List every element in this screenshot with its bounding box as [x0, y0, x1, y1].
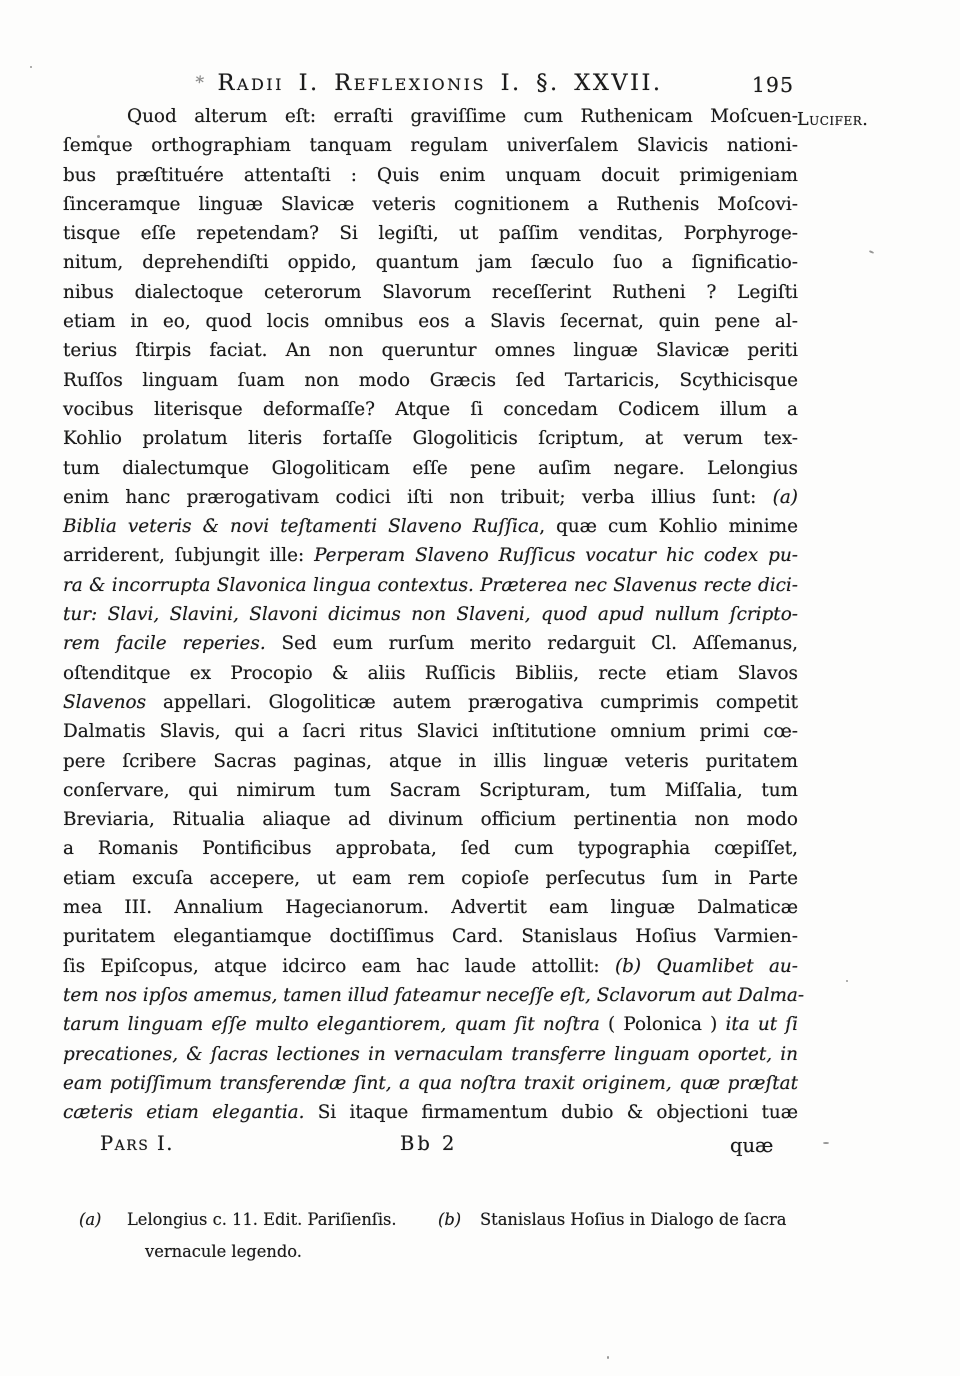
text-segment: a Romanis Pontificibus approbata, ſed cu…	[63, 838, 798, 859]
body-text-block: Quod alterum eſt: erraſti graviſſime cum…	[63, 102, 798, 1127]
text-segment: pere ſcribere Sacras paginas, atque in i…	[63, 751, 798, 772]
footnote-b-label: (b)	[438, 1210, 461, 1229]
text-line: cæteris etiam elegantia. Si itaque firma…	[63, 1098, 798, 1127]
page-number: 195	[752, 73, 794, 97]
italic-text-segment: ita ut ſi	[717, 1014, 798, 1035]
footnotes-block: (a) Lelongius c. 11. Edit. Pariſienſis. …	[63, 1210, 813, 1236]
text-segment: arriderent, ſubjungit ille:	[63, 545, 314, 566]
catchword: quæ	[730, 1134, 773, 1157]
footnote-b-continuation: vernacule legendo.	[145, 1242, 302, 1261]
italic-text-segment: Biblia veteris & novi teſtamenti Slaveno…	[63, 516, 539, 537]
text-segment: enim hanc prærogativam codici iſti non t…	[63, 487, 773, 508]
text-line: precationes, & ſacras lectiones in verna…	[63, 1040, 798, 1069]
footnote-a-text: Lelongius c. 11. Edit. Pariſienſis.	[127, 1210, 397, 1229]
text-line: a Romanis Pontificibus approbata, ſed cu…	[63, 834, 798, 863]
text-line: tarum linguam eſſe multo elegantiorem, q…	[63, 1010, 798, 1039]
text-segment: appellari. Glogoliticæ autem prærogativa…	[146, 692, 798, 713]
text-line: tum dialectumque Glogoliticam eſſe pene …	[63, 454, 798, 483]
text-segment: ( Polonica )	[608, 1014, 717, 1035]
text-segment: conſervare, qui nimirum tum Sacram Scrip…	[63, 780, 798, 801]
text-line: puritatem elegantiamque doctiſſimus Card…	[63, 922, 798, 951]
text-segment: oſtenditque ex Procopio & aliis Ruſſicis…	[63, 663, 798, 684]
text-line: tisque eſſe repetendam? Si legiſti, ut p…	[63, 219, 798, 248]
scan-speck	[97, 135, 100, 138]
text-line: pere ſcribere Sacras paginas, atque in i…	[63, 747, 798, 776]
footnote-line: (a) Lelongius c. 11. Edit. Pariſienſis. …	[63, 1210, 813, 1236]
scan-speck	[869, 250, 874, 254]
text-segment: Sed eum rurſum merito redarguit Cl. Aſſe…	[282, 633, 798, 654]
text-segment: vocibus literisque deformaſſe? Atque ſi …	[63, 399, 798, 420]
text-line: ſemque orthographiam tanquam regulam uni…	[63, 131, 798, 160]
text-line: tem nos ipſos amemus, tamen illud fateam…	[63, 981, 798, 1010]
italic-text-segment: precationes, & ſacras lectiones in verna…	[63, 1044, 798, 1065]
italic-text-segment: eam potiſſimum transferendæ ſint, a qua …	[63, 1073, 798, 1094]
margin-note: Lucifer.	[797, 110, 927, 130]
text-line: eam potiſſimum transferendæ ſint, a qua …	[63, 1069, 798, 1098]
text-line: mea III. Annalium Hagecianorum. Advertit…	[63, 893, 798, 922]
text-segment: nitum, deprehendiſti oppido, quantum jam…	[63, 252, 798, 273]
gathering-signature: Bb 2	[400, 1132, 457, 1155]
italic-text-segment: rem facile reperies.	[63, 633, 282, 654]
italic-text-segment: cæteris etiam elegantia.	[63, 1102, 318, 1123]
text-line: nitum, deprehendiſti oppido, quantum jam…	[63, 248, 798, 277]
text-line: ra & incorrupta Slavonica lingua context…	[63, 571, 798, 600]
part-signature: Pars I.	[100, 1132, 174, 1155]
text-line: tur: Slavi, Slavini, Slavoni dicimus non…	[63, 600, 798, 629]
page-header: * Radii I. Reflexionis I. §. XXVII. 195	[63, 70, 794, 102]
scan-speck	[823, 1142, 829, 1144]
text-line: Dalmatis Slavis, qui a ſacri ritus Slavi…	[63, 717, 798, 746]
text-segment: mea III. Annalium Hagecianorum. Advertit…	[63, 897, 798, 918]
text-segment: terius ſtirpis faciat. An non queruntur …	[63, 340, 798, 361]
scan-speck	[846, 980, 848, 982]
text-segment: ſis Epiſcopus, atque idcirco eam hac lau…	[63, 956, 615, 977]
text-line: Ruſſos linguam ſuam non modo Græcis ſed …	[63, 366, 798, 395]
scan-speck	[607, 1356, 609, 1359]
text-segment: Dalmatis Slavis, qui a ſacri ritus Slavi…	[63, 721, 798, 742]
text-line: conſervare, qui nimirum tum Sacram Scrip…	[63, 776, 798, 805]
text-line: ſinceramque linguæ Slavicæ veteris cogni…	[63, 190, 798, 219]
text-segment: etiam in eo, quod locis omnibus eos a Sl…	[63, 311, 798, 332]
italic-text-segment: tem nos ipſos amemus, tamen illud fateam…	[63, 985, 804, 1006]
footer-line: Pars I. Bb 2 quæ	[63, 1132, 798, 1162]
text-line: arriderent, ſubjungit ille: Perperam Sla…	[63, 541, 798, 570]
text-segment: Breviaria, Ritualia aliaque ad divinum o…	[63, 809, 798, 830]
book-page-scan: * Radii I. Reflexionis I. §. XXVII. 195 …	[0, 0, 960, 1376]
text-segment: puritatem elegantiamque doctiſſimus Card…	[63, 926, 798, 947]
text-line: oſtenditque ex Procopio & aliis Ruſſicis…	[63, 659, 798, 688]
italic-text-segment: ra & incorrupta Slavonica lingua context…	[63, 575, 798, 596]
text-segment: Quod alterum eſt: erraſti graviſſime cum…	[127, 106, 798, 127]
text-segment: , quæ cum Kohlio minime	[539, 516, 798, 537]
text-segment: Ruſſos linguam ſuam non modo Græcis ſed …	[63, 370, 798, 391]
italic-text-segment: (b) Quamlibet au-	[615, 956, 798, 977]
text-segment: tisque eſſe repetendam? Si legiſti, ut p…	[63, 223, 798, 244]
italic-text-segment: tur: Slavi, Slavini, Slavoni dicimus non…	[63, 604, 798, 625]
text-line: rem facile reperies. Sed eum rurſum meri…	[63, 629, 798, 658]
footnote-b-text: Stanislaus Hoſius in Dialogo de ſacra	[480, 1210, 786, 1229]
text-line: enim hanc prærogativam codici iſti non t…	[63, 483, 798, 512]
text-line: etiam excuſa accepere, ut eam rem copioſ…	[63, 864, 798, 893]
text-line: ſis Epiſcopus, atque idcirco eam hac lau…	[63, 952, 798, 981]
text-segment: etiam excuſa accepere, ut eam rem copioſ…	[63, 868, 798, 889]
running-title: Radii I. Reflexionis I. §. XXVII.	[160, 70, 720, 96]
text-segment: ſinceramque linguæ Slavicæ veteris cogni…	[63, 194, 798, 215]
text-line: Kohlio prolatum literis fortaſſe Glogoli…	[63, 424, 798, 453]
italic-text-segment: (a)	[773, 487, 798, 508]
text-line: Breviaria, Ritualia aliaque ad divinum o…	[63, 805, 798, 834]
text-line: Quod alterum eſt: erraſti graviſſime cum…	[63, 102, 798, 131]
italic-text-segment: Slavenos	[63, 692, 146, 713]
italic-text-segment: tarum linguam eſſe multo elegantiorem, q…	[63, 1014, 608, 1035]
text-segment: Si itaque firmamentum dubio & objectioni…	[318, 1102, 798, 1123]
text-line: etiam in eo, quod locis omnibus eos a Sl…	[63, 307, 798, 336]
text-segment: tum dialectumque Glogoliticam eſſe pene …	[63, 458, 798, 479]
text-segment: Kohlio prolatum literis fortaſſe Glogoli…	[63, 428, 798, 449]
text-segment: bus præſtituére attentaſti : Quis enim u…	[63, 165, 798, 186]
text-line: nibus dialectoque ceterorum Slavorum rec…	[63, 278, 798, 307]
footnote-a-label: (a)	[79, 1210, 101, 1229]
text-line: terius ſtirpis faciat. An non queruntur …	[63, 336, 798, 365]
text-segment: nibus dialectoque ceterorum Slavorum rec…	[63, 282, 798, 303]
italic-text-segment: Perperam Slaveno Ruſſicus vocatur hic co…	[314, 545, 798, 566]
text-line: bus præſtituére attentaſti : Quis enim u…	[63, 161, 798, 190]
text-line: Slavenos appellari. Glogoliticæ autem pr…	[63, 688, 798, 717]
scan-speck	[30, 66, 32, 68]
text-line: vocibus literisque deformaſſe? Atque ſi …	[63, 395, 798, 424]
text-segment: ſemque orthographiam tanquam regulam uni…	[63, 135, 798, 156]
text-line: Biblia veteris & novi teſtamenti Slaveno…	[63, 512, 798, 541]
